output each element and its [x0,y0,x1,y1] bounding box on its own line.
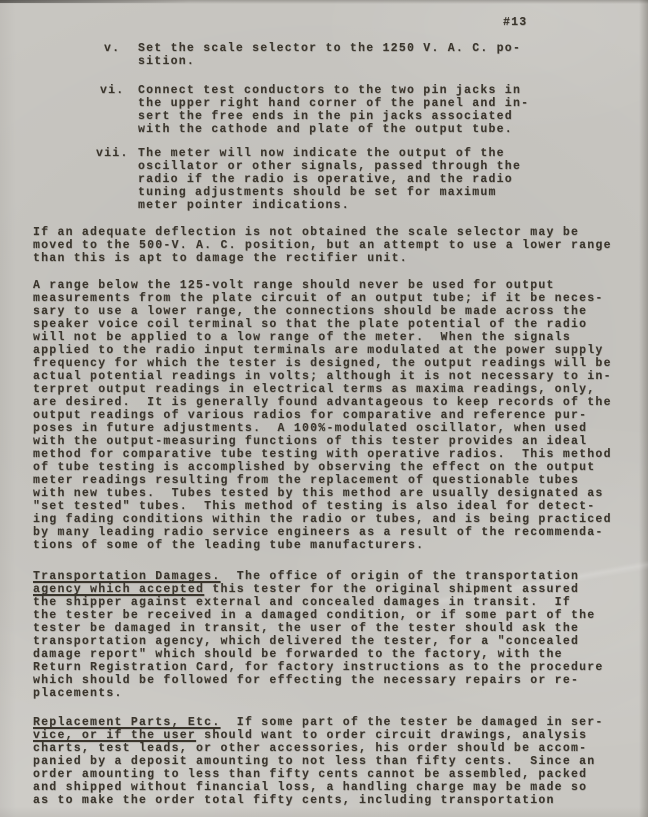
text-segment: If some part of the tester be damaged in… [220,716,603,729]
scan-edge-artifact [0,0,190,3]
heading-replacement-parts: Replacement Parts, Etc. [33,716,220,729]
heading-transportation-damages: Transportation Damages. [33,570,220,583]
page-number: #13 [503,16,527,29]
document-page: #13 v.Set the scale selector to the 1250… [0,0,648,817]
paragraph-replacement-parts: Replacement Parts, Etc. If some part of … [33,716,639,807]
underlined-continuation: agency which accepted [33,583,204,596]
list-item-text: Set the scale selector to the 1250 V. A.… [138,42,636,68]
text-segment: this tester for the original shipment as… [33,583,604,700]
paragraph-deflection-note: If an adequate deflection is not obtaine… [33,226,639,265]
paragraph-output-range: A range below the 125-volt range should … [33,279,639,552]
instruction-item-vii: vii.The meter will now indicate the outp… [96,147,636,212]
list-marker: vi. [96,84,124,97]
text-segment: The office of origin of the transportati… [220,570,579,583]
underlined-continuation: vice, or if the user [33,729,196,742]
list-marker: vii. [96,147,129,160]
list-marker: v. [96,42,120,55]
list-item-text: Connect test conductors to the two pin j… [138,84,636,136]
instruction-item-vi: vi.Connect test conductors to the two pi… [96,84,636,136]
list-item-text: The meter will now indicate the output o… [138,147,636,212]
instruction-item-v: v.Set the scale selector to the 1250 V. … [96,42,636,68]
paragraph-transportation-damages: Transportation Damages. The office of or… [33,570,639,700]
